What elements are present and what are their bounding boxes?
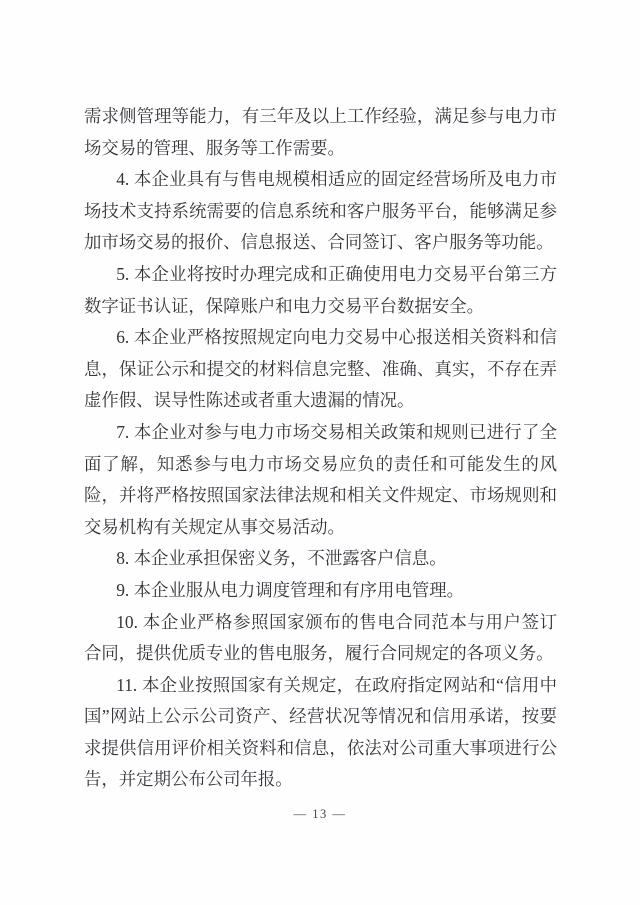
document-page: 需求侧管理等能力，有三年及以上工作经验，满足参与电力市场交易的管理、服务等工作需… <box>0 0 640 905</box>
paragraph-clause-6: 6. 本企业严格按照规定向电力交易中心报送相关资料和信息，保证公示和提交的材料信… <box>84 322 557 417</box>
paragraph-clause-7: 7. 本企业对参与电力市场交易相关政策和规则已进行了全面了解，知悉参与电力市场交… <box>84 417 557 543</box>
paragraph-clause-10: 10. 本企业严格参照国家颁布的售电合同范本与用户签订合同，提供优质专业的售电服… <box>84 607 557 670</box>
paragraph-clause-8: 8. 本企业承担保密义务，不泄露客户信息。 <box>84 543 557 575</box>
paragraph-continuation: 需求侧管理等能力，有三年及以上工作经验，满足参与电力市场交易的管理、服务等工作需… <box>84 101 557 164</box>
document-body: 需求侧管理等能力，有三年及以上工作经验，满足参与电力市场交易的管理、服务等工作需… <box>84 101 557 796</box>
paragraph-clause-4: 4. 本企业具有与售电规模相适应的固定经营场所及电力市场技术支持系统需要的信息系… <box>84 164 557 259</box>
paragraph-clause-9: 9. 本企业服从电力调度管理和有序用电管理。 <box>84 575 557 607</box>
paragraph-clause-5: 5. 本企业将按时办理完成和正确使用电力交易平台第三方数字证书认证，保障账户和电… <box>84 259 557 322</box>
page-number: — 13 — <box>0 807 640 822</box>
paragraph-clause-11: 11. 本企业按照国家有关规定，在政府指定网站和“信用中国”网站上公示公司资产、… <box>84 670 557 796</box>
